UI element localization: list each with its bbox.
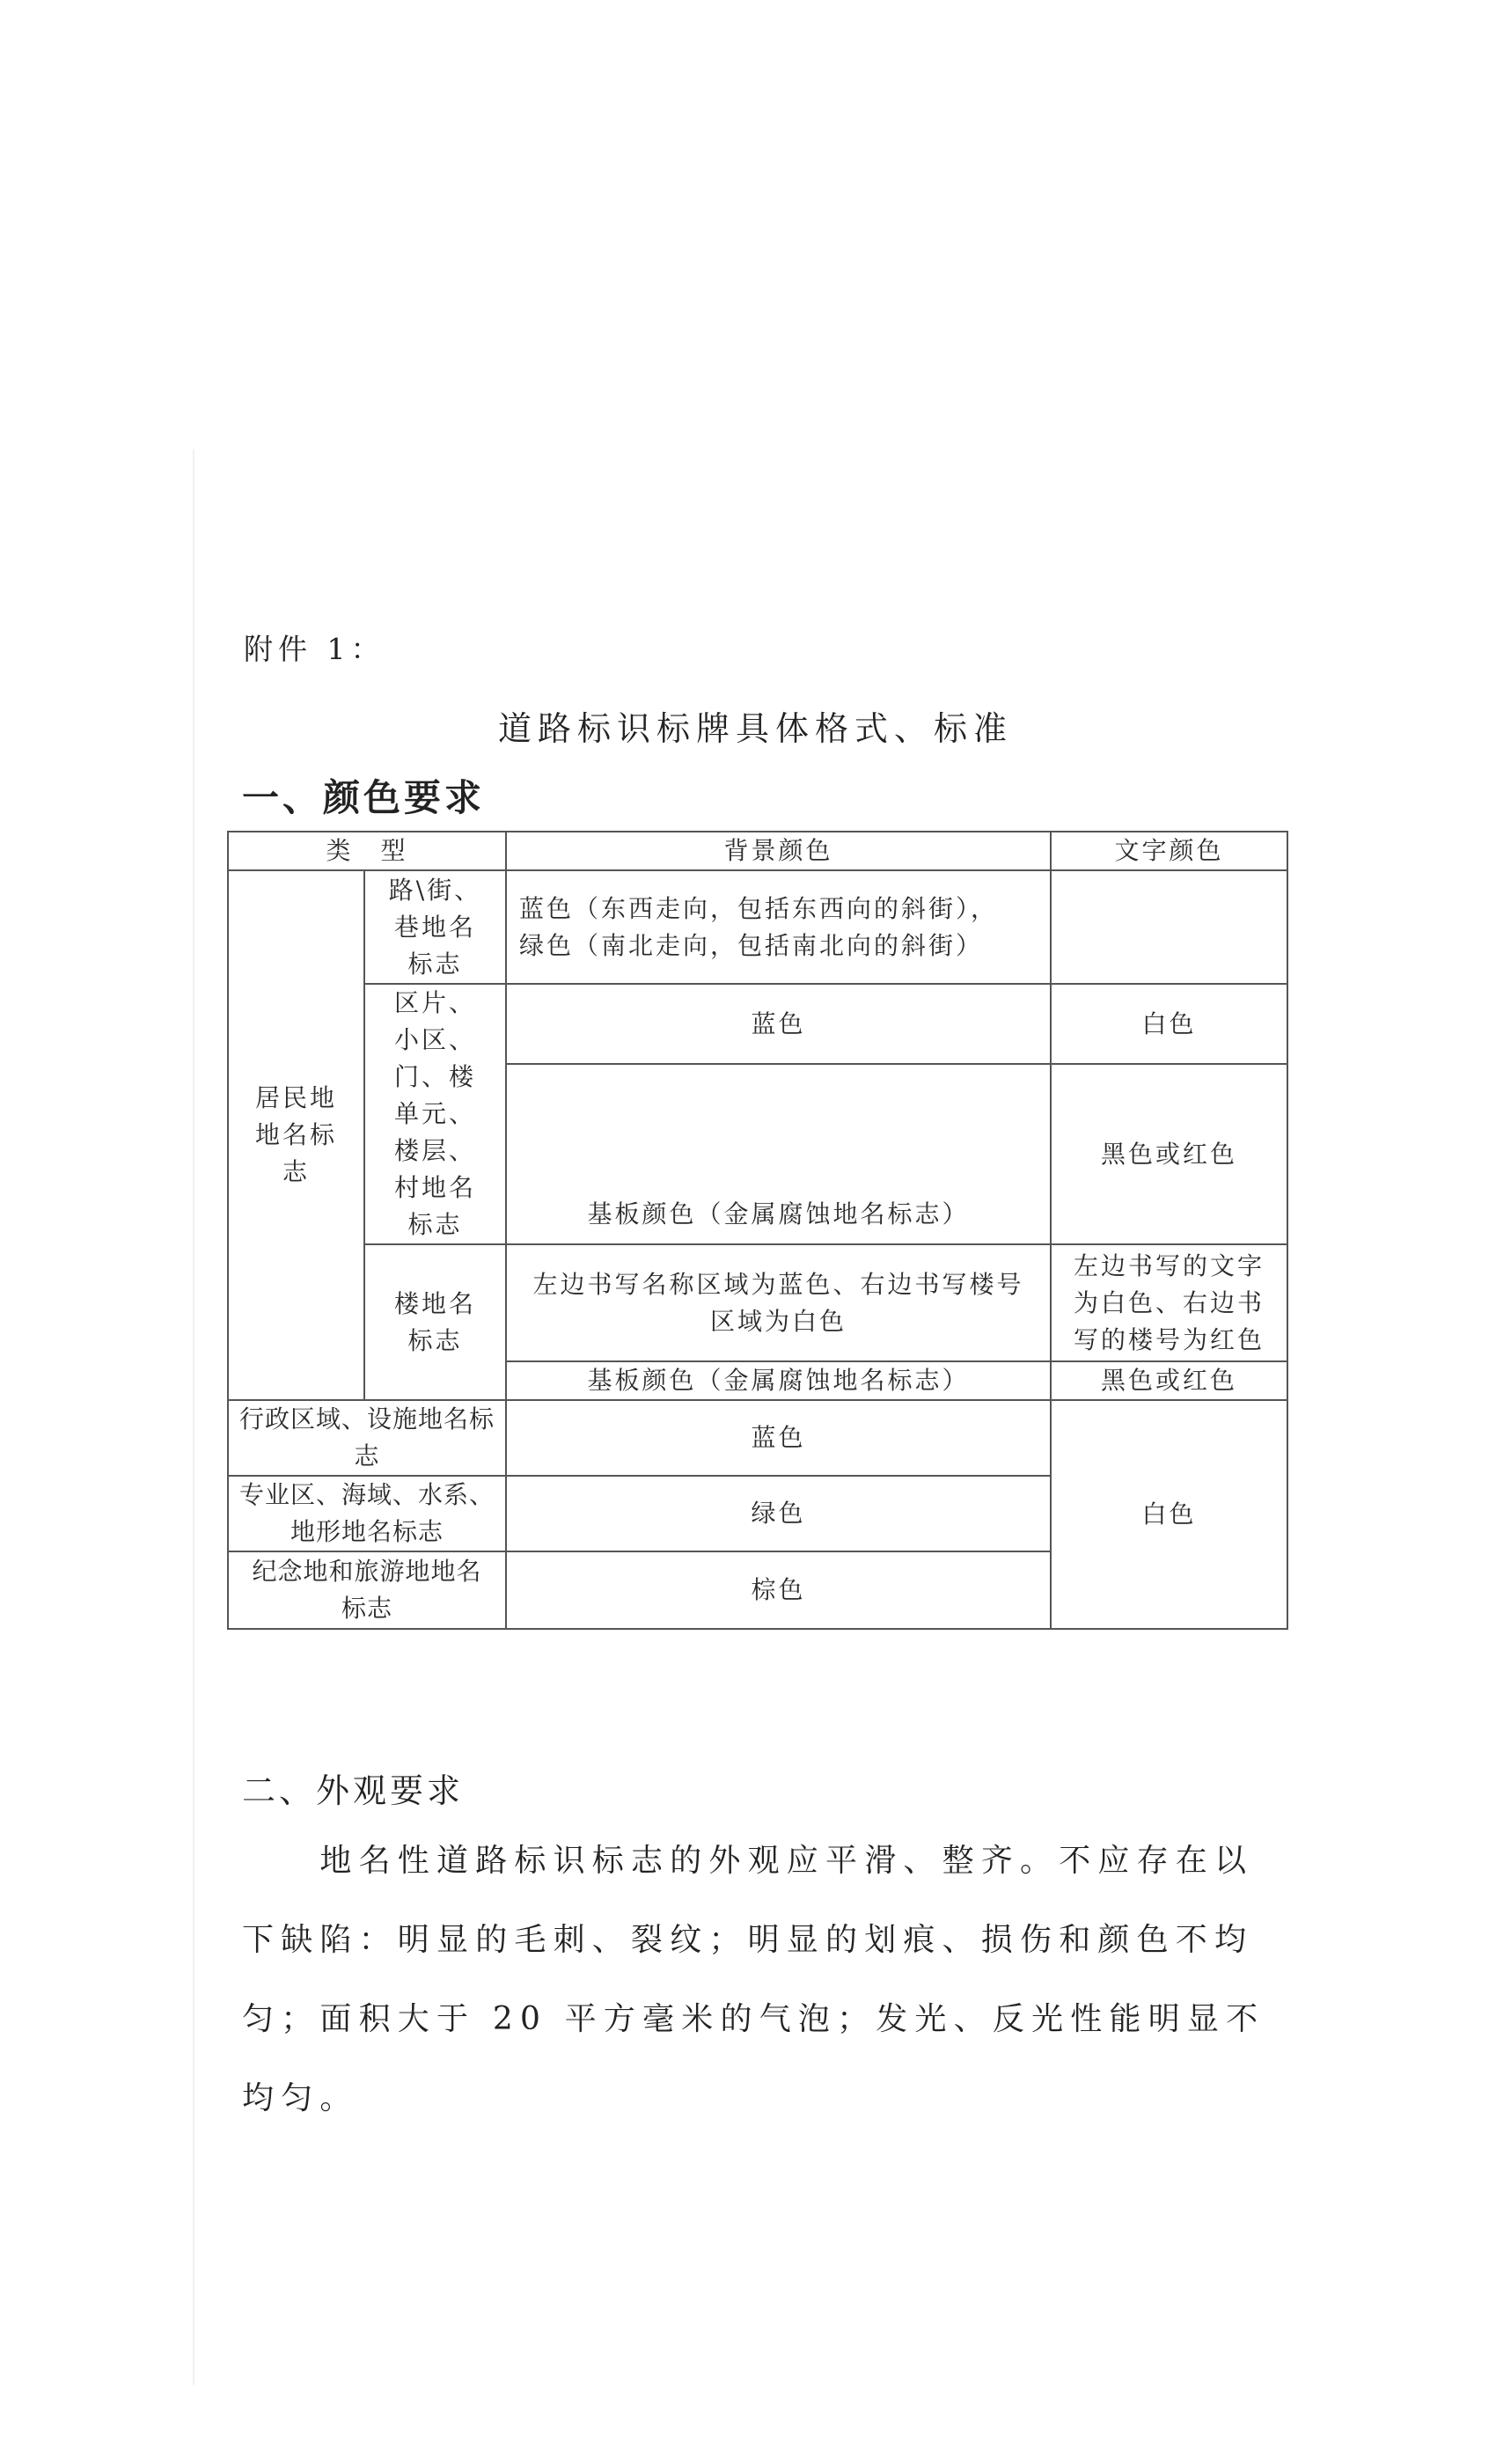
section-heading-color-requirements: 一、颜色要求 xyxy=(242,769,485,822)
type-cell: 区片、小区、门、楼单元、楼层、村地名标志 xyxy=(364,984,506,1244)
text-color-cell: 黑色或红色 xyxy=(1051,1064,1287,1244)
background-line: 区域为白色 xyxy=(510,1303,1046,1340)
header-background-color: 背景颜色 xyxy=(506,832,1051,870)
color-requirements-table: 类 型 背景颜色 文字颜色 居民地地名标志 路\街、巷地名标志 蓝色（东西走向，… xyxy=(227,831,1288,1630)
type-cell: 纪念地和旅游地地名标志 xyxy=(228,1551,506,1629)
background-line: 绿色（南北走向，包括南北向的斜街） xyxy=(519,928,1046,964)
residential-group-label: 居民地地名标志 xyxy=(253,1080,341,1191)
paragraph-line: 均匀。 xyxy=(242,2073,359,2118)
background-cell: 基板颜色（金属腐蚀地名标志） xyxy=(506,1361,1051,1400)
type-label: 区片、小区、门、楼单元、楼层、村地名标志 xyxy=(384,985,488,1243)
text-color-cell: 左边书写的文字为白色、右边书写的楼号为红色 xyxy=(1051,1244,1287,1361)
type-cell: 楼地名标志 xyxy=(364,1244,506,1400)
type-cell: 行政区域、设施地名标志 xyxy=(228,1400,506,1476)
paragraph-line: 匀；面积大于 20 平方毫米的气泡；发光、反光性能明显不 xyxy=(242,1994,1265,2039)
type-label: 楼地名标志 xyxy=(384,1286,488,1360)
table-row: 区片、小区、门、楼单元、楼层、村地名标志 蓝色 白色 xyxy=(228,984,1287,1064)
header-type: 类 型 xyxy=(228,832,506,870)
background-cell: 蓝色 xyxy=(506,1400,1051,1476)
section-heading-appearance-requirements: 二、外观要求 xyxy=(242,1764,464,1812)
type-label: 路\街、巷地名标志 xyxy=(384,872,488,983)
table-row: 居民地地名标志 路\街、巷地名标志 蓝色（东西走向，包括东西向的斜街）， 绿色（… xyxy=(228,870,1287,984)
type-label: 行政区域、设施地名标志 xyxy=(235,1401,499,1475)
background-line: 蓝色（东西走向，包括东西向的斜街）， xyxy=(519,891,1046,928)
paragraph-line: 下缺陷：明显的毛刺、裂纹；明显的划痕、损伤和颜色不均 xyxy=(242,1915,1253,1960)
table-row: 行政区域、设施地名标志 蓝色 白色 xyxy=(228,1400,1287,1476)
background-cell: 左边书写名称区域为蓝色、右边书写楼号 区域为白色 xyxy=(506,1244,1051,1361)
paragraph-line: 地名性道路标识标志的外观应平滑、整齐。不应存在以 xyxy=(242,1836,1253,1881)
type-label: 专业区、海域、水系、地形地名标志 xyxy=(235,1477,499,1551)
text-color-cell xyxy=(1051,870,1287,984)
background-cell: 基板颜色（金属腐蚀地名标志） xyxy=(506,1064,1051,1244)
scan-edge-artifact xyxy=(193,449,194,2385)
text-color-cell: 白色 xyxy=(1051,1400,1287,1629)
background-cell: 绿色 xyxy=(506,1476,1051,1551)
table-row: 楼地名标志 左边书写名称区域为蓝色、右边书写楼号 区域为白色 左边书写的文字为白… xyxy=(228,1244,1287,1361)
background-cell: 蓝色 xyxy=(506,984,1051,1064)
text-color-cell: 白色 xyxy=(1051,984,1287,1064)
header-text-color: 文字颜色 xyxy=(1051,832,1287,870)
type-cell: 专业区、海域、水系、地形地名标志 xyxy=(228,1476,506,1551)
text-color-cell: 黑色或红色 xyxy=(1051,1361,1287,1400)
background-line: 左边书写名称区域为蓝色、右边书写楼号 xyxy=(510,1266,1046,1303)
attachment-label: 附件 1： xyxy=(244,627,385,668)
background-cell: 棕色 xyxy=(506,1551,1051,1629)
type-cell: 路\街、巷地名标志 xyxy=(364,870,506,984)
table-header-row: 类 型 背景颜色 文字颜色 xyxy=(228,832,1287,870)
type-label: 纪念地和旅游地地名标志 xyxy=(248,1553,486,1627)
document-title: 道路标识标牌具体格式、标准 xyxy=(498,701,1013,750)
background-cell: 蓝色（东西走向，包括东西向的斜街）， 绿色（南北走向，包括南北向的斜街） xyxy=(506,870,1051,984)
text-color-label: 左边书写的文字为白色、右边书写的楼号为红色 xyxy=(1064,1248,1275,1359)
residential-group-cell: 居民地地名标志 xyxy=(228,870,364,1400)
